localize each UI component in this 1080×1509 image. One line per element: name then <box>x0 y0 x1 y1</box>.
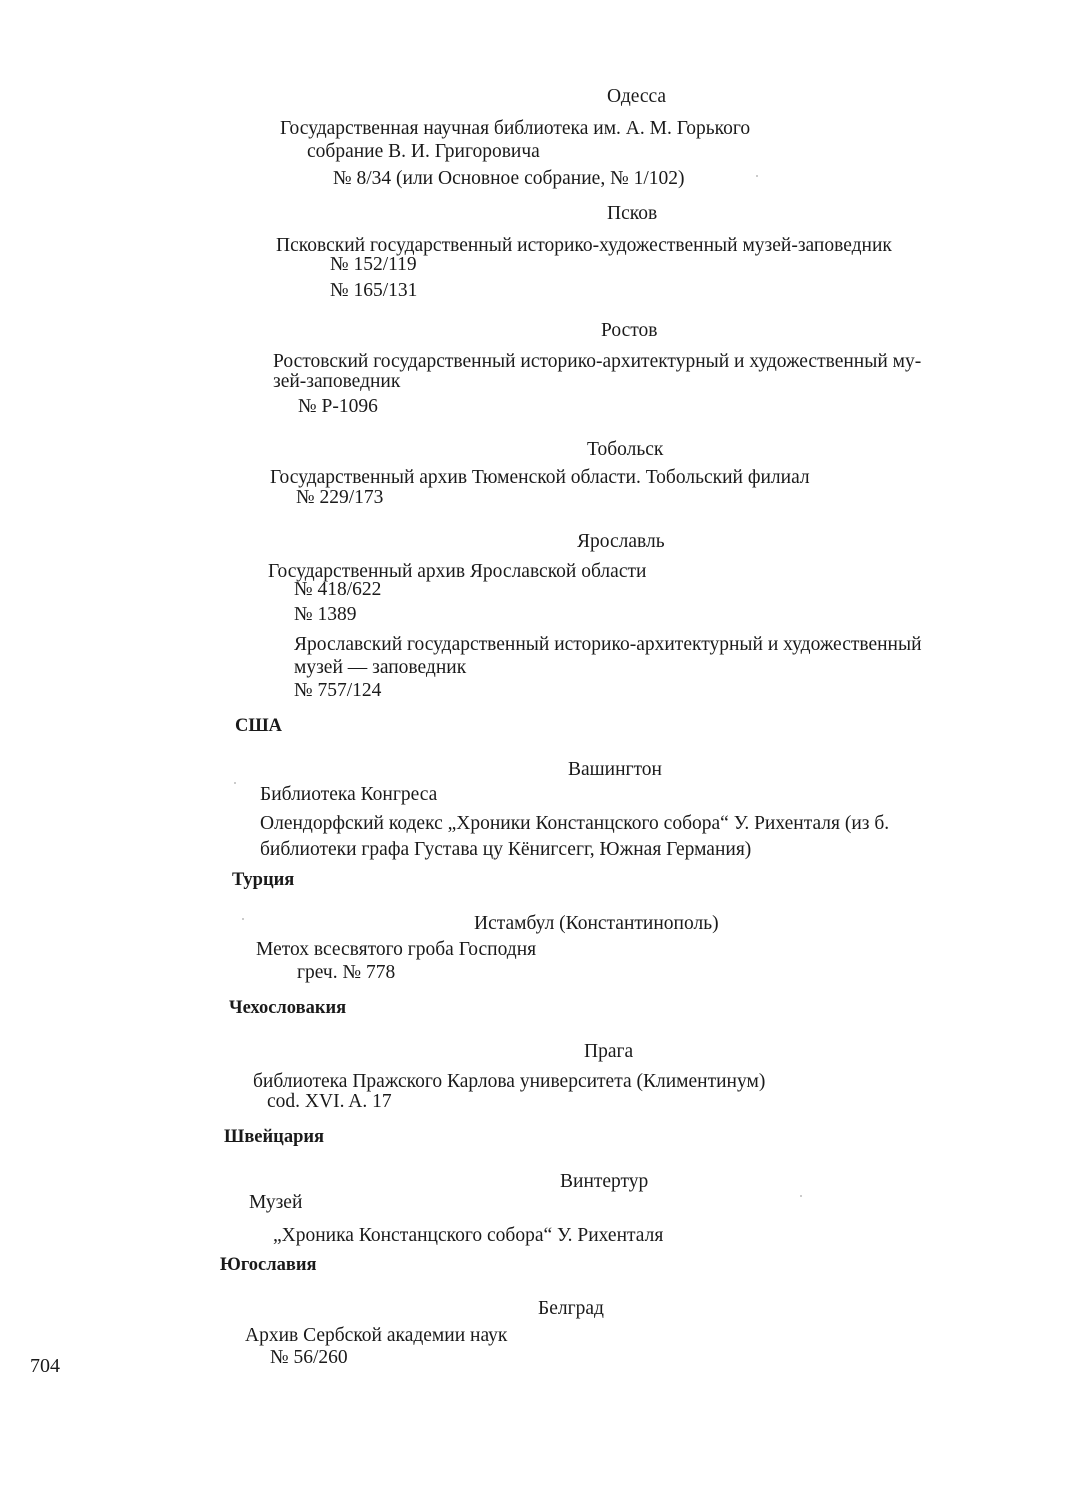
country-heading: Турция <box>232 868 294 892</box>
shelfmark: № Р-1096 <box>298 395 378 419</box>
item: Олендорфский кодекс „Хроники Констанцско… <box>260 812 889 836</box>
institution: Ярославский государственный историко-арх… <box>294 633 922 657</box>
shelfmark: № 56/260 <box>270 1346 348 1370</box>
country-heading: Югославия <box>220 1253 317 1277</box>
institution: Государственная научная библиотека им. А… <box>280 117 750 141</box>
institution: Музей <box>249 1191 302 1215</box>
city-heading: Ростов <box>601 319 657 343</box>
city-heading: Одесса <box>607 85 666 109</box>
shelfmark: № 418/622 <box>294 578 381 602</box>
city-heading: Псков <box>607 202 657 226</box>
city-heading: Винтертур <box>560 1170 648 1194</box>
institution: Архив Сербской академии наук <box>245 1324 507 1348</box>
scan-speck <box>756 175 758 177</box>
scan-speck <box>800 1195 802 1197</box>
shelfmark: № 757/124 <box>294 679 381 703</box>
city-heading: Ярославль <box>577 530 665 554</box>
institution: Метох всесвятого гроба Господня <box>256 938 536 962</box>
city-heading: Тобольск <box>587 438 663 462</box>
shelfmark: греч. № 778 <box>297 961 395 985</box>
city-heading: Прага <box>584 1040 633 1064</box>
item: библиотеки графа Густава цу Кёнигсегг, Ю… <box>260 838 751 862</box>
country-heading: Чехословакия <box>229 996 346 1020</box>
city-heading: Вашингтон <box>568 758 662 782</box>
scan-speck <box>242 918 244 920</box>
shelfmark: № 152/119 <box>330 253 417 277</box>
collection: собрание В. И. Григоровича <box>307 140 540 164</box>
shelfmark: № 8/34 (или Основное собрание, № 1/102) <box>333 167 684 191</box>
city-heading: Истамбул (Константинополь) <box>474 912 719 936</box>
shelfmark: № 229/173 <box>296 486 383 510</box>
institution: Библиотека Конгреса <box>260 783 437 807</box>
city-heading: Белград <box>538 1297 604 1321</box>
institution: зей-заповедник <box>273 370 400 394</box>
scan-speck <box>234 782 236 784</box>
institution: музей — заповедник <box>294 656 466 680</box>
item: „Хроника Констанцского собора“ У. Рихент… <box>273 1224 663 1248</box>
page-number: 704 <box>30 1355 60 1378</box>
country-heading: США <box>235 714 282 738</box>
shelfmark: cod. XVI. A. 17 <box>267 1090 392 1114</box>
shelfmark: № 165/131 <box>330 279 417 303</box>
shelfmark: № 1389 <box>294 603 356 627</box>
country-heading: Швейцария <box>224 1125 324 1149</box>
